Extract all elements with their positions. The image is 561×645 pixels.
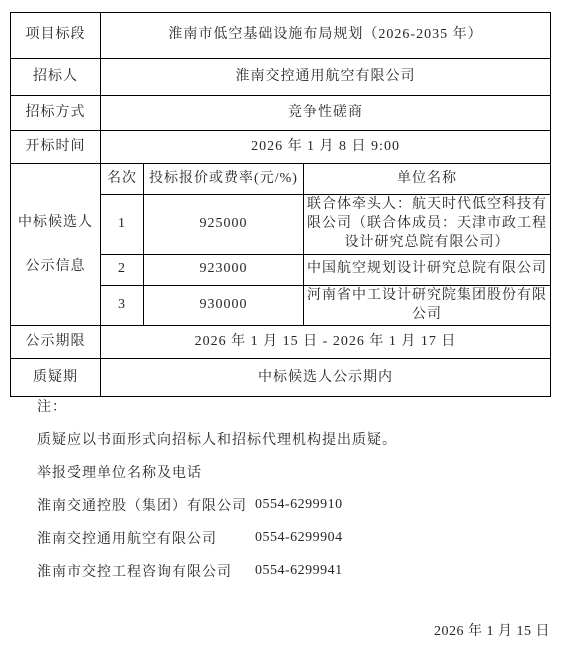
tenderer-value: 淮南交控通用航空有限公司 xyxy=(101,59,551,96)
table-row-tenderer: 招标人 淮南交控通用航空有限公司 xyxy=(11,59,551,96)
report-heading: 举报受理单位名称及电话 xyxy=(37,455,537,488)
candidate-3-price: 930000 xyxy=(144,285,304,326)
opening-time-value: 2026 年 1 月 8 日 9:00 xyxy=(101,131,551,164)
project-section-label: 项目标段 xyxy=(11,13,101,59)
bid-method-label: 招标方式 xyxy=(11,96,101,131)
candidates-section-label-line1: 中标候选人 xyxy=(14,201,97,245)
contact-3-phone: 0554-6299941 xyxy=(255,563,343,579)
contact-row-1: 淮南交通控股（集团）有限公司 0554-6299910 xyxy=(37,488,537,521)
notes-section: 注： 质疑应以书面形式向招标人和招标代理机构提出质疑。 举报受理单位名称及电话 … xyxy=(37,389,537,587)
candidate-1-company: 联合体牵头人：航天时代低空科技有限公司（联合体成员：天津市政工程设计研究总院有限… xyxy=(304,195,551,255)
candidate-1-rank: 1 xyxy=(101,195,144,255)
notes-heading: 注： xyxy=(37,389,537,422)
contact-3-name: 淮南市交控工程咨询有限公司 xyxy=(37,561,255,581)
candidates-section-label: 中标候选人 公示信息 xyxy=(11,164,101,326)
tenderer-label: 招标人 xyxy=(11,59,101,96)
publicity-period-label: 公示期限 xyxy=(11,326,101,359)
opening-time-label: 开标时间 xyxy=(11,131,101,164)
column-header-company: 单位名称 xyxy=(304,164,551,195)
table-row-opening-time: 开标时间 2026 年 1 月 8 日 9:00 xyxy=(11,131,551,164)
candidates-header-row: 中标候选人 公示信息 名次 投标报价或费率(元/%) 单位名称 xyxy=(11,164,551,195)
candidate-2-company: 中国航空规划设计研究总院有限公司 xyxy=(304,254,551,285)
table-row-publicity-period: 公示期限 2026 年 1 月 15 日 - 2026 年 1 月 17 日 xyxy=(11,326,551,359)
candidates-section-label-line2: 公示信息 xyxy=(14,245,97,289)
bid-method-value: 竞争性磋商 xyxy=(101,96,551,131)
table-row-project-section: 项目标段 淮南市低空基础设施布局规划（2026-2035 年） xyxy=(11,13,551,59)
contact-row-2: 淮南交控通用航空有限公司 0554-6299904 xyxy=(37,521,537,554)
candidate-3-company: 河南省中工设计研究院集团股份有限公司 xyxy=(304,285,551,326)
announcement-document: 项目标段 淮南市低空基础设施布局规划（2026-2035 年） 招标人 淮南交控… xyxy=(0,0,561,645)
objection-note: 质疑应以书面形式向招标人和招标代理机构提出质疑。 xyxy=(37,422,537,455)
contact-1-phone: 0554-6299910 xyxy=(255,497,343,513)
project-section-value: 淮南市低空基础设施布局规划（2026-2035 年） xyxy=(101,13,551,59)
column-header-rank: 名次 xyxy=(101,164,144,195)
contact-2-name: 淮南交控通用航空有限公司 xyxy=(37,528,255,548)
candidate-2-rank: 2 xyxy=(101,254,144,285)
publicity-period-value: 2026 年 1 月 15 日 - 2026 年 1 月 17 日 xyxy=(101,326,551,359)
contact-row-3: 淮南市交控工程咨询有限公司 0554-6299941 xyxy=(37,554,537,587)
bid-announcement-table: 项目标段 淮南市低空基础设施布局规划（2026-2035 年） 招标人 淮南交控… xyxy=(10,12,551,397)
table-row-bid-method: 招标方式 竞争性磋商 xyxy=(11,96,551,131)
column-header-price: 投标报价或费率(元/%) xyxy=(144,164,304,195)
candidate-3-rank: 3 xyxy=(101,285,144,326)
announcement-date: 2026 年 1 月 15 日 xyxy=(434,620,550,640)
contact-2-phone: 0554-6299904 xyxy=(255,530,343,546)
candidate-2-price: 923000 xyxy=(144,254,304,285)
contact-1-name: 淮南交通控股（集团）有限公司 xyxy=(37,495,255,515)
candidate-1-price: 925000 xyxy=(144,195,304,255)
